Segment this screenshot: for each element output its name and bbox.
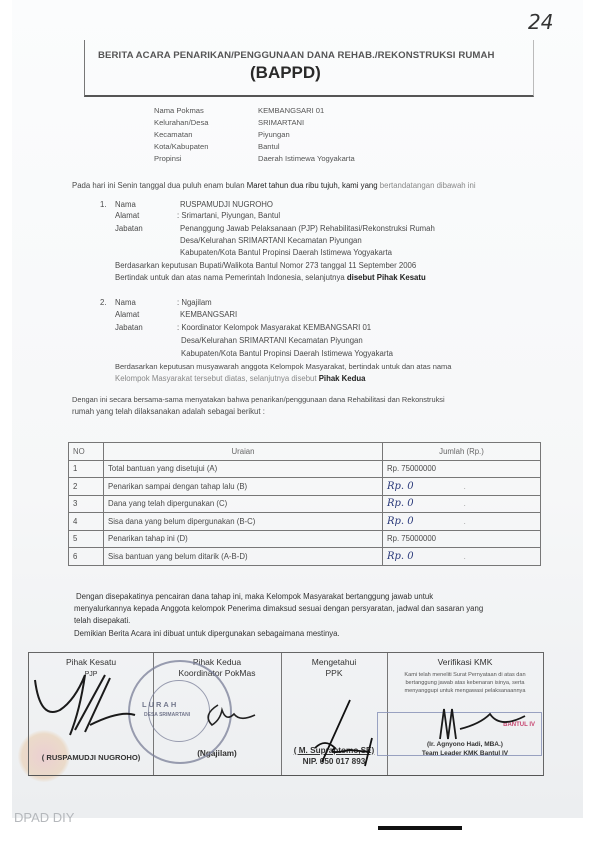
info-label: Kota/Kabupaten [154,142,208,151]
party-position: Kabupaten/Kota Bantul Propinsi Daerah Is… [180,248,392,257]
info-label: Kecamatan [154,130,192,139]
table-header-row: NO Uraian Jumlah (Rp.) [69,443,541,461]
field-label: Nama [115,298,136,307]
intro-suffix: bertandatangan dibawah ini [378,181,476,190]
signature-3-icon [310,700,390,770]
table-row: 4 Sisa dana yang belum dipergunakan (B-C… [69,513,541,531]
stamp-sub: DESA SRIMARTANI [144,712,190,718]
cell-no: 6 [69,548,104,566]
document-subtitle: (BAPPD) [250,63,321,83]
cell-no: 5 [69,530,104,548]
party-position: Desa/Kelurahan SRIMARTANI Kecamatan Piyu… [180,236,362,245]
intro-prefix: Pada hari ini Senin tanggal dua puluh en… [72,181,247,190]
party-basis: Berdasarkan keputusan Bupati/Walikota Ba… [115,261,416,270]
party-number: 2. [100,298,107,307]
sig-heading-text: Mengetahui [312,657,356,667]
signature-1-icon [30,670,140,740]
party-position: Penanggung Jawab Pelaksanaan (PJP) Rehab… [180,224,435,233]
cell-desc: Penarikan tahap ini (D) [104,530,383,548]
cell-desc: Dana yang telah dipergunakan (C) [104,495,383,513]
handwritten-amount: Rp. 0 [387,498,414,509]
stamp-text: LURAH [142,700,178,709]
statement-line: rumah yang telah dilaksanakan adalah seb… [72,407,265,416]
party-address: KEMBANGSARI [180,310,237,319]
signature-4-icon [430,704,530,744]
sig-heading-text: Pihak Kesatu [66,657,116,667]
cell-amount: Rp. 0. [383,513,541,531]
closing-line: telah disepakati. [74,616,130,625]
cell-no: 1 [69,460,104,478]
cell-desc: Penarikan sampai dengan tahap lalu (B) [104,478,383,496]
party-basis: Berdasarkan keputusan musyawarah anggota… [115,362,451,371]
handwritten-amount: Rp. 0 [387,551,414,562]
party-number: 1. [100,200,107,209]
dot: . [464,499,466,508]
table-row: 2 Penarikan sampai dengan tahap lalu (B)… [69,478,541,496]
field-label: Alamat [115,211,139,220]
closing-line: Dengan disepakatinya pencairan dana taha… [76,592,433,601]
field-label: Jabatan [115,323,143,332]
statement-line: Dengan ini secara bersama-sama menyataka… [72,395,445,404]
party-position: Desa/Kelurahan SRIMARTANI Kecamatan Piyu… [181,336,363,345]
intro-paragraph: Pada hari ini Senin tanggal dua puluh en… [72,181,476,190]
field-label: Alamat [115,310,139,319]
intro-date: Maret tahun dua ribu tujuh, kami yang [247,181,378,190]
sig-name: ( RUSPAMUDJI NUGROHO) [29,753,153,762]
cell-amount: Rp. 0. [383,548,541,566]
header-amount: Jumlah (Rp.) [383,443,541,461]
cell-amount: Rp. 0. [383,478,541,496]
dpad-watermark: DPAD DIY [14,810,74,825]
info-value: SRIMARTANI [258,118,304,127]
closing-line: menyalurkannya kepada Anggota kelompok P… [74,604,483,613]
cell-no: 3 [69,495,104,513]
cell-amount: Rp. 75000000 [383,530,541,548]
sig-sub: PPK [325,668,342,678]
table-row: 5 Penarikan tahap ini (D) Rp. 75000000 [69,530,541,548]
dot: . [464,482,466,491]
info-value: Daerah Istimewa Yogyakarta [258,154,355,163]
info-label: Propinsi [154,154,181,163]
dot: . [464,552,466,561]
sig-heading: MengetahuiPPK [281,657,387,679]
dot: . [464,517,466,526]
cell-amount: Rp. 0. [383,495,541,513]
party-name: : Ngajilam [177,298,212,307]
cell-no: 2 [69,478,104,496]
fund-table: NO Uraian Jumlah (Rp.) 1 Total bantuan y… [68,442,541,566]
party-name: RUSPAMUDJI NUGROHO [180,200,273,209]
table-row: 3 Dana yang telah dipergunakan (C) Rp. 0… [69,495,541,513]
basis-bold: Pihak Kedua [319,374,366,383]
acting-bold: disebut Pihak Kesatu [347,273,426,282]
info-label: Nama Pokmas [154,106,204,115]
party-address: : Srimartani, Piyungan, Bantul [177,211,280,220]
field-label: Jabatan [115,224,143,233]
party-acting: Bertindak untuk dan atas nama Pemerintah… [115,273,426,282]
field-label: Nama [115,200,136,209]
cell-no: 4 [69,513,104,531]
table-row: 6 Sisa bantuan yang belum ditarik (A-B-D… [69,548,541,566]
party-position: Kabupaten/Kota Bantul Propinsi Daerah Is… [181,349,393,358]
header-desc: Uraian [104,443,383,461]
info-value: Piyungan [258,130,290,139]
party-position: : Koordinator Kelompok Masyarakat KEMBAN… [177,323,371,332]
cell-amount: Rp. 75000000 [383,460,541,478]
handwritten-amount: Rp. 0 [387,481,414,492]
cell-desc: Sisa bantuan yang belum ditarik (A-B-D) [104,548,383,566]
closing-line: Demikian Berita Acara ini dibuat untuk d… [74,629,340,638]
basis-text: Kelompok Masyarakat tersebut diatas, sel… [115,374,319,383]
cell-desc: Total bantuan yang disetujui (A) [104,460,383,478]
kmk-note: Kami telah meneliti Surat Pernyataan di … [397,671,533,695]
header-no: NO [69,443,104,461]
document-title: BERITA ACARA PENARIKAN/PENGGUNAAN DANA R… [98,50,538,61]
info-label: Kelurahan/Desa [154,118,208,127]
page-number: 24 [528,10,553,34]
cell-desc: Sisa dana yang belum dipergunakan (B-C) [104,513,383,531]
acting-text: Bertindak untuk dan atas nama Pemerintah… [115,273,347,282]
info-value: KEMBANGSARI 01 [258,106,324,115]
info-value: Bantul [258,142,280,151]
handwritten-amount: Rp. 0 [387,516,414,527]
table-row: 1 Total bantuan yang disetujui (A) Rp. 7… [69,460,541,478]
sig-heading: Verifikasi KMK [387,657,543,668]
bottom-bar [378,826,462,830]
party-basis-2: Kelompok Masyarakat tersebut diatas, sel… [115,374,366,383]
signature-2-icon [200,700,260,730]
